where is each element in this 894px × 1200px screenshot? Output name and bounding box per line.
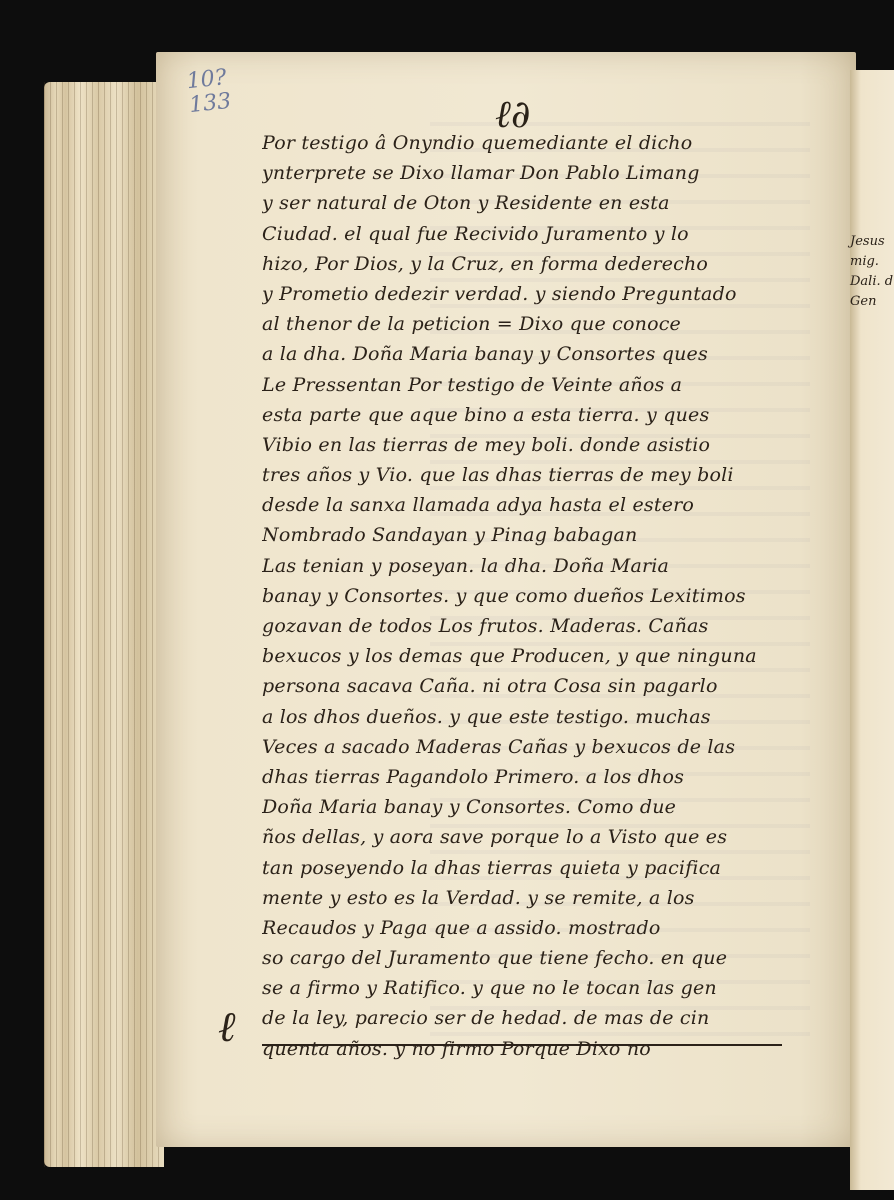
text-line: Las tenian y poseyan. la dha. Doña Maria — [262, 551, 802, 581]
text-line: se a firmo y Ratifico. y que no le tocan… — [262, 973, 802, 1003]
text-line: ynterprete se Dixo llamar Don Pablo Lima… — [262, 158, 802, 188]
text-line: Veces a sacado Maderas Cañas y bexucos d… — [262, 732, 802, 762]
text-line: so cargo del Juramento que tiene fecho. … — [262, 943, 802, 973]
text-line: Por testigo â Onyndio quemediante el dic… — [262, 128, 802, 158]
text-line: hizo, Por Dios, y la Cruz, en forma dede… — [262, 249, 802, 279]
text-line: y Prometio dedezir verdad. y siendo Preg… — [262, 279, 802, 309]
text-line: ños dellas, y aora save porque lo a Vist… — [262, 822, 802, 852]
text-line: a la dha. Doña Maria banay y Consortes q… — [262, 339, 802, 369]
folio-number: 10? 133 — [186, 66, 233, 118]
folio-number-new: 133 — [188, 90, 232, 118]
manuscript-text: Por testigo â Onyndio quemediante el dic… — [262, 128, 802, 1064]
text-line: Vibio en las tierras de mey boli. donde … — [262, 430, 802, 460]
text-line: y ser natural de Oton y Residente en est… — [262, 188, 802, 218]
margin-note-line: Jesus — [850, 232, 893, 252]
text-line: gozavan de todos Los frutos. Maderas. Ca… — [262, 611, 802, 641]
text-line: Recaudos y Paga que a assido. mostrado — [262, 913, 802, 943]
text-line: Le Pressentan Por testigo de Veinte años… — [262, 370, 802, 400]
text-line: banay y Consortes. y que como dueños Lex… — [262, 581, 802, 611]
text-line: bexucos y los demas que Producen, y que … — [262, 641, 802, 671]
text-line: mente y esto es la Verdad. y se remite, … — [262, 883, 802, 913]
closing-rule — [262, 1044, 782, 1046]
closing-flourish: ℓ — [218, 1002, 236, 1052]
margin-note-line: mig. — [850, 252, 893, 272]
text-line: persona sacava Caña. ni otra Cosa sin pa… — [262, 671, 802, 701]
text-line: a los dhos dueños. y que este testigo. m… — [262, 702, 802, 732]
text-line: de la ley, parecio ser de hedad. de mas … — [262, 1003, 802, 1033]
text-line: quenta años. y no firmo Porque Dixo no — [262, 1034, 802, 1064]
margin-note-line: Gen — [850, 292, 893, 312]
page-stack-edge — [44, 82, 164, 1167]
text-line: Ciudad. el qual fue Recivido Juramento y… — [262, 219, 802, 249]
text-line: desde la sanxa llamada adya hasta el est… — [262, 490, 802, 520]
text-line: tres años y Vio. que las dhas tierras de… — [262, 460, 802, 490]
facing-page-margin-note: Jesus mig. Dali. d Gen — [850, 232, 893, 312]
text-line: esta parte que aque bino a esta tierra. … — [262, 400, 802, 430]
text-line: dhas tierras Pagandolo Primero. a los dh… — [262, 762, 802, 792]
text-line: al thenor de la peticion = Dixo que cono… — [262, 309, 802, 339]
text-line: tan poseyendo la dhas tierras quieta y p… — [262, 853, 802, 883]
margin-note-line: Dali. d — [850, 272, 893, 292]
text-line: Doña Maria banay y Consortes. Como due — [262, 792, 802, 822]
text-line: Nombrado Sandayan y Pinag babagan — [262, 520, 802, 550]
